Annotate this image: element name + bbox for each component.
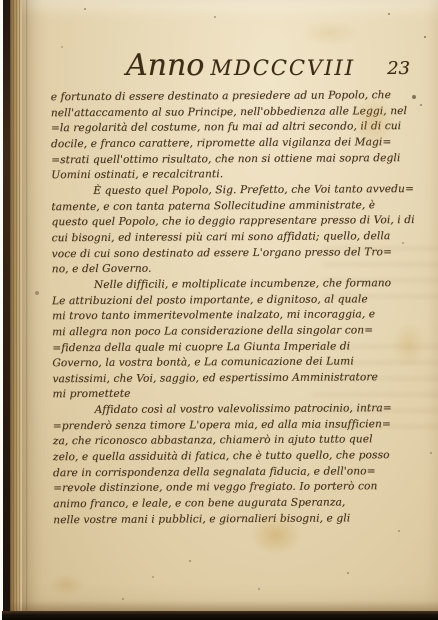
page-gutter-crease — [26, 0, 28, 611]
page-header: AnnoMDCCCVIII 23 — [22, 48, 438, 90]
title-year-roman-numeral: MDCCCVIII — [210, 56, 355, 80]
manuscript-line: Nelle difficili, e moltiplicate incumben… — [52, 276, 438, 294]
manuscript-text: e fortunato di essere destinato a presie… — [51, 88, 438, 529]
manuscript-page: AnnoMDCCCVIII 23 e fortunato di essere d… — [22, 0, 438, 611]
manuscript-line: e fortunato di essere destinato a presie… — [51, 88, 438, 106]
manuscript-line: nelle vostre mani i pubblici, e giornali… — [53, 511, 438, 529]
manuscript-line: =prenderò senza timore L'opera mia, ed a… — [53, 417, 438, 435]
book-scan: AnnoMDCCCVIII 23 e fortunato di essere d… — [0, 0, 438, 620]
page-bottom-shadow — [10, 601, 438, 611]
title-word-anno: Anno — [126, 48, 204, 83]
scan-bottom-band — [2, 611, 438, 620]
page-number: 23 — [387, 58, 410, 79]
page-stack-edge — [10, 0, 22, 614]
manuscript-line: docile, e franco carattere, ripromette a… — [51, 135, 438, 153]
manuscript-line: zelo, e quella assiduità di fatica, che … — [53, 448, 438, 466]
manuscript-line: cui bisogni, ed interessi più cari mi so… — [52, 229, 438, 247]
book-spine-edge — [3, 0, 10, 620]
manuscript-line: =strati quell'ottimo risultato, che non … — [51, 150, 438, 168]
manuscript-line: voce di cui sono destinato ad essere L'o… — [52, 244, 438, 262]
manuscript-line: È questo quel Popolo, Sig. Prefetto, che… — [51, 182, 438, 200]
page-title: AnnoMDCCCVIII — [126, 48, 355, 83]
